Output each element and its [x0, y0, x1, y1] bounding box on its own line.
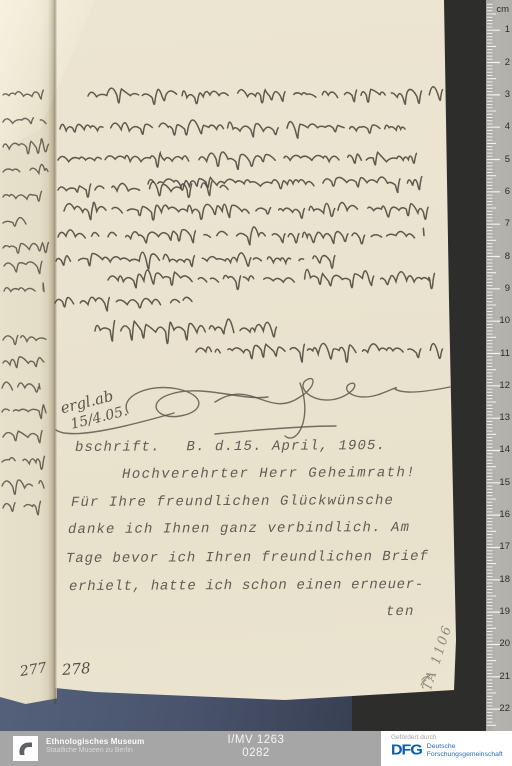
ruler-unit-label: cm	[496, 4, 509, 15]
body-line-2: danke ich Ihnen ganz verbindlich. Am	[68, 520, 410, 538]
ruler-number: 7	[490, 218, 510, 229]
funder-name: Deutsche Forschungsgemeinschaft	[427, 743, 503, 760]
ruler-number: 13	[490, 412, 510, 423]
ruler-number-column: cm 12345678910111213141516171819202122	[486, 0, 512, 731]
body-line-1: Für Ihre freundlichen Glückwünsche	[71, 493, 394, 511]
body-line-4: erhielt, hatte ich schon einen erneuer-	[69, 577, 424, 595]
ruler-number: 11	[490, 348, 510, 359]
funder-box: Gefördert durch DFG Deutsche Forschungsg…	[381, 731, 512, 766]
page-number-278: 278	[61, 659, 91, 679]
body-line-5: ten	[386, 604, 415, 620]
ruler-number: 15	[490, 477, 510, 488]
body-line-3: Tage bevor ich Ihren freundlichen Brief	[66, 549, 429, 567]
document-id: I/MV 1263	[140, 734, 372, 746]
ruler-number: 14	[490, 444, 510, 455]
document-reference: I/MV 1263 0282	[140, 734, 372, 759]
smb-logo-icon	[13, 736, 38, 761]
ruler-number: 20	[490, 638, 510, 649]
previous-page-edge	[0, 0, 57, 704]
ruler-number: 22	[490, 703, 510, 714]
scan-page-code: 0282	[140, 747, 372, 759]
ruler-number: 18	[490, 574, 510, 585]
museum-subtitle: Staatliche Museen zu Berlin	[46, 747, 144, 756]
ruler-number: 16	[490, 509, 510, 520]
dfg-logo: DFG	[391, 743, 422, 760]
museum-logo	[13, 736, 38, 761]
abschrift-label: bschrift.	[75, 439, 161, 456]
ruler-number: 2	[490, 57, 510, 68]
ruler-number: 12	[490, 380, 510, 391]
funding-caption: Gefördert durch	[391, 734, 512, 741]
ruler-number: 3	[490, 89, 510, 100]
ruler-number: 6	[490, 186, 510, 197]
archive-scan-page: bschrift. B. d.15. April, 1905. Hochvere…	[0, 0, 512, 766]
ruler-number: 21	[490, 671, 510, 682]
ruler-number: 5	[490, 154, 510, 165]
letter-date: B. d.15. April, 1905.	[186, 438, 386, 455]
ruler-number: 17	[490, 541, 510, 552]
ruler-number: 10	[490, 315, 510, 326]
document-scan: bschrift. B. d.15. April, 1905. Hochvere…	[0, 0, 512, 731]
typewritten-date-line: bschrift. B. d.15. April, 1905.	[75, 438, 386, 456]
ruler-number: 19	[490, 606, 510, 617]
ruler-number: 1	[490, 24, 510, 35]
letter-page	[55, 0, 458, 703]
ruler-number: 4	[490, 121, 510, 132]
salutation-line: Hochverehrter Herr Geheimrath!	[122, 465, 416, 483]
ruler-number: 8	[490, 251, 510, 262]
museum-name: Ethnologisches Museum	[46, 737, 144, 747]
museum-title-block: Ethnologisches Museum Staatliche Museen …	[46, 737, 144, 756]
viewer-footer-bar: Ethnologisches Museum Staatliche Museen …	[0, 731, 512, 766]
ruler-number: 9	[490, 283, 510, 294]
